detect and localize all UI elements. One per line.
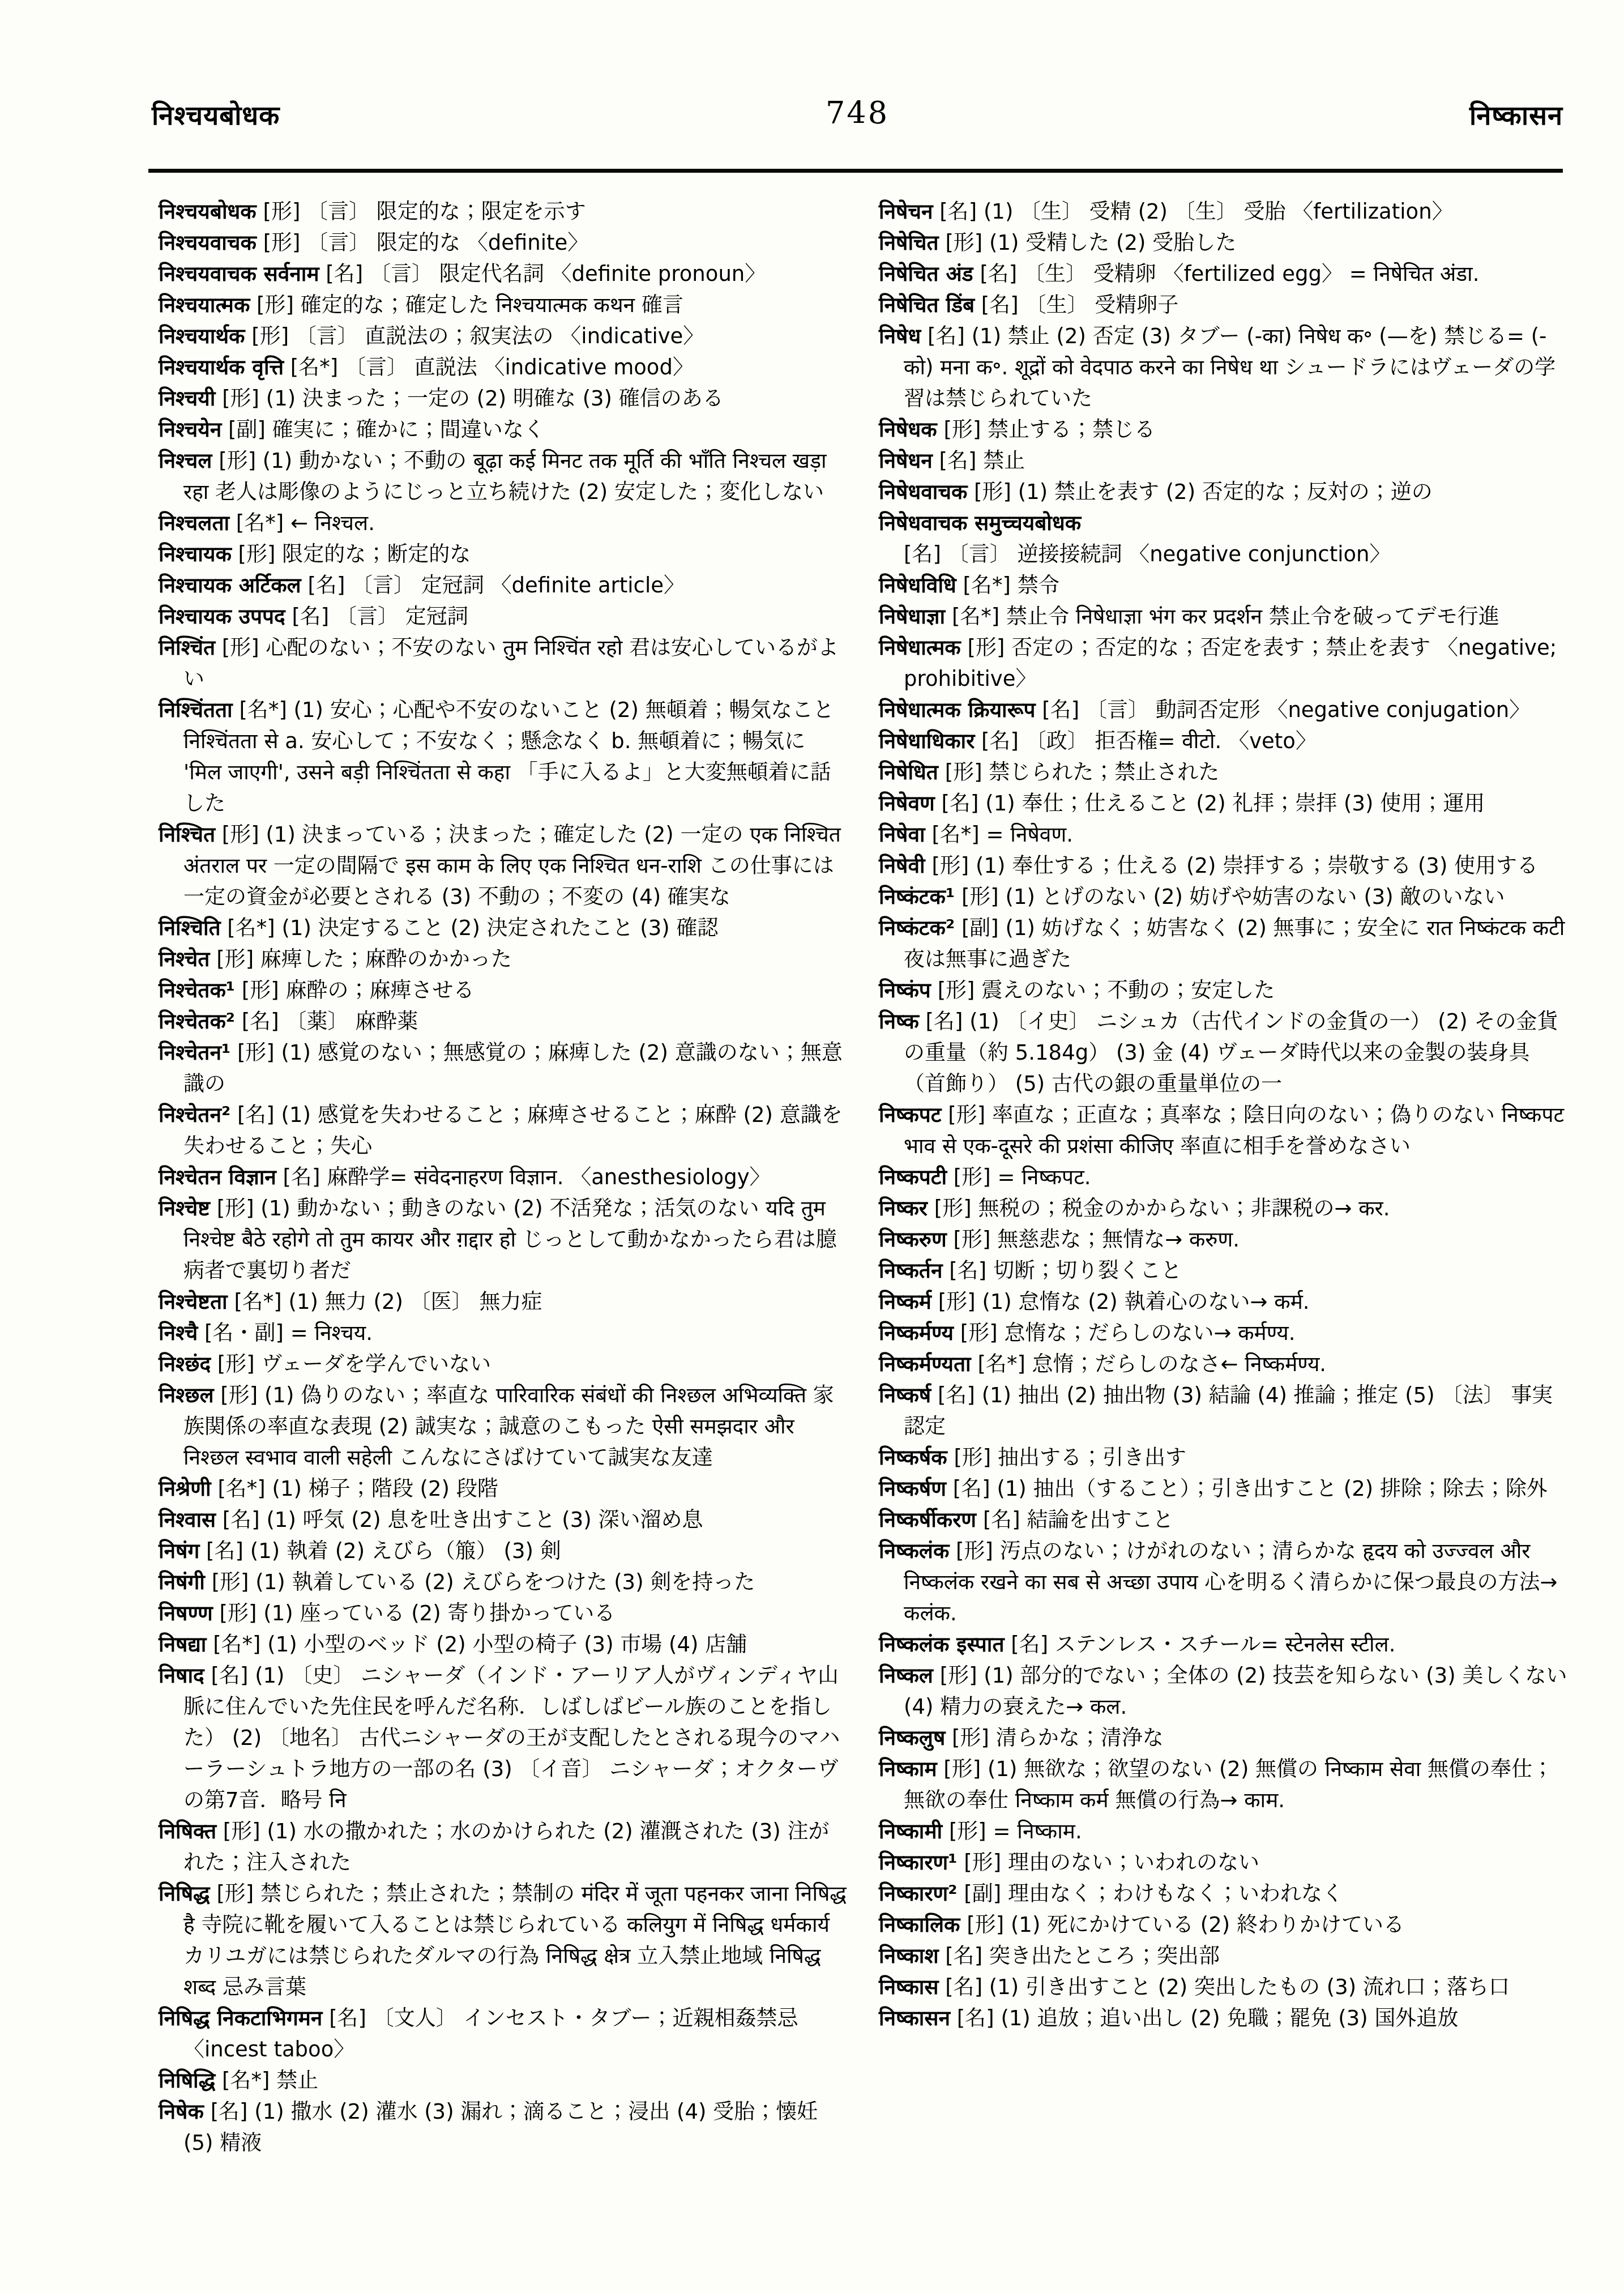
entry-definition: [形] (1) 感覚のない；無感覚の；麻痺した (2) 意識のない；無意識の (183, 1040, 843, 1096)
entry-definition: [名] (1) 〔生〕 受精 (2) 〔生〕 受胎 〈fertilization… (933, 199, 1453, 224)
dictionary-entry: निषंगी [形] (1) 執着している (2) えびらをつけた (3) 剣を… (159, 1567, 847, 1598)
entry-definition: [名] (1) 呼気 (2) 息を吐き出すこと (3) 深い溜め息 (216, 1508, 703, 1532)
headword: निष्कास (879, 1975, 938, 1999)
dictionary-entry: निश्चयेन [副] 確実に；確かに；間違いなく (159, 414, 847, 445)
entry-definition: [形] 汚点のない；けがれのない；清らかな हृदय को उज्ज्वल और… (904, 1539, 1558, 1625)
guide-word-left: निश्चयबोधक (152, 96, 280, 133)
entry-definition: [形] 禁止する；禁じる (937, 417, 1155, 442)
dictionary-entry: निश्चै [名・副] = निश्चय. (159, 1317, 847, 1348)
dictionary-entry: निश्छंद [形] ヴェーダを学んでいない (159, 1348, 847, 1380)
headword: निष्कलुष (879, 1726, 945, 1750)
headword: निश्चेष्टता (159, 1290, 228, 1314)
headword: निष्कल (879, 1663, 933, 1688)
headword: निश्चेतन² (159, 1103, 230, 1127)
entry-definition: [名*] ← निश्चल. (229, 511, 375, 535)
headword: निश्चलता (159, 511, 229, 535)
dictionary-entry: निष्कर्मण्य [形] 怠惰な；だらしのない→ कर्मण्य. (879, 1317, 1567, 1348)
dictionary-entry: निष्कलंक इस्पात [名] ステンレス・スチール= स्टेनलेस… (879, 1629, 1567, 1660)
dictionary-entry: निष्करुण [形] 無慈悲な；無情な→ करुण. (879, 1224, 1567, 1255)
entry-definition: [形] 怠惰な；だらしのない→ कर्मण्य. (954, 1321, 1296, 1345)
headword: निश्चायक अर्टिकल (159, 573, 301, 597)
headword: निष्कपटी (879, 1165, 947, 1189)
dictionary-entry: निश्चलता [名*] ← निश्चल. (159, 507, 847, 539)
headword: निष्कालिक (879, 1913, 960, 1937)
entry-definition: [名] 突き出たところ；突出部 (939, 1944, 1220, 1968)
entry-definition: [名] ステンレス・スチール= स्टेनलेस स्टील. (1005, 1632, 1396, 1657)
headword: निश्छंद (159, 1352, 211, 1376)
dictionary-entry: निश्चिंतता [名*] (1) 安心；心配や不安のないこと (2) 無頓… (159, 694, 847, 819)
headword: निष्काम (879, 1757, 937, 1781)
dictionary-entry: निश्चायक उपपद [名] 〔言〕 定冠詞 (159, 601, 847, 632)
dictionary-entry: निश्चायक अर्टिकल [名] 〔言〕 定冠詞 〈definite a… (159, 570, 847, 601)
entry-definition: [形] (1) 水の撒かれた；水のかけられた (2) 灌漑された (3) 注がれ… (183, 1819, 829, 1875)
dictionary-entry: निषेधित [形] 禁じられた；禁止された (879, 757, 1567, 788)
dictionary-entry: निषेधक [形] 禁止する；禁じる (879, 414, 1567, 445)
dictionary-entry: निष्कपटी [形] = निष्कपट. (879, 1162, 1567, 1193)
dictionary-entry: निष्कलंक [形] 汚点のない；けがれのない；清らかな हृदय को उ… (879, 1535, 1567, 1629)
headword: निषेधन (879, 449, 933, 473)
dictionary-entry: निश्चयार्थक वृत्ति [名*] 〔言〕 直説法 〈indicat… (159, 352, 847, 383)
entry-definition: [名*] 怠惰；だらしのなさ← निष्कर्मण्य. (971, 1352, 1326, 1376)
dictionary-entry: निश्रेणी [名*] (1) 梯子；階段 (2) 段階 (159, 1473, 847, 1504)
dictionary-entry: निषेधात्मक क्रियारूप [名] 〔言〕 動詞否定形 〈nega… (879, 694, 1567, 725)
left-column: निश्चयबोधक [形] 〔言〕 限定的な；限定を示すनिश्चयवाचक … (159, 196, 847, 2158)
headword: निषेवी (879, 853, 925, 878)
headword: निश्चिंतता (159, 698, 233, 722)
entry-definition: [名] (1) 抽出 (2) 抽出物 (3) 結論 (4) 推論；推定 (5) … (904, 1383, 1553, 1439)
headword: निषाद (159, 1663, 204, 1688)
headword: निषेधाधिकार (879, 729, 975, 753)
dictionary-entry: निषिद्ध निकटाभिगमन [名] 〔文人〕 インセスト・タブー；近親… (159, 2003, 847, 2065)
headword: निषेधवाचक (879, 480, 967, 504)
entry-definition: [名] 〔言〕 逆接接続詞 〈negative conjunction〉 (904, 542, 1391, 566)
dictionary-entry: निश्चयात्मक [形] 確定的な；確定した निश्चयात्मक कथ… (159, 289, 847, 321)
dictionary-entry: निष्कर्ष [名] (1) 抽出 (2) 抽出物 (3) 結論 (4) 推… (879, 1380, 1567, 1442)
dictionary-entry: निष्कासन [名] (1) 追放；追い出し (2) 免職；罷免 (3) 国… (879, 2003, 1567, 2034)
headword: निश्चायक (159, 542, 232, 566)
dictionary-entry: निष्कामी [形] = निष्काम. (879, 1816, 1567, 1847)
entry-definition: [形] (1) 部分的でない；全体の (2) 技芸を知らない (3) 美しくない… (904, 1663, 1567, 1719)
headword: निष्कर्मण्यता (879, 1352, 971, 1376)
headword: निषेधवाचक समुच्चयबोधक (879, 511, 1081, 535)
headword: निश्चयवाचक सर्वनाम (159, 262, 319, 286)
entry-definition: [形] 抽出する；引き出す (947, 1445, 1186, 1470)
headword: निषेधित (879, 760, 938, 784)
entry-definition: [名] 〔生〕 受精卵子 (975, 293, 1178, 317)
dictionary-page: निश्चयबोधक 748 निष्कासन निश्चयबोधक [形] 〔… (0, 0, 1624, 2292)
entry-definition: [形] 率直な；正直な；真率な；陰日向のない；偽りのない निष्कपट भाव… (904, 1103, 1564, 1158)
entry-definition: [形] (1) 動かない；動きのない (2) 不活発な；活気のない यदि तु… (183, 1196, 837, 1283)
entry-definition: [形] = निष्काम. (942, 1819, 1082, 1843)
dictionary-entry: निश्चेतन² [名] (1) 感覚を失わせること；麻痺させること；麻酔 (… (159, 1099, 847, 1162)
entry-definition: [形] (1) 受精した (2) 受胎した (939, 231, 1237, 255)
dictionary-entry: निषंग [名] (1) 執着 (2) えびら（箙） (3) 剣 (159, 1535, 847, 1567)
dictionary-entry: निश्चयार्थक [形] 〔言〕 直説法の；叙実法の 〈indicativ… (159, 321, 847, 352)
entry-definition: [形] = निष्कपट. (947, 1165, 1091, 1189)
page-header: निश्चयबोधक 748 निष्कासन (152, 96, 1563, 136)
headword: निश्चै (159, 1321, 198, 1345)
entry-definition: [名] (1) 〔史〕 ニシャーダ（インド・アーリア人がヴィンディヤ山脈に住んで… (183, 1663, 840, 1812)
entry-definition: [形] 〔言〕 限定的な 〈definite〉 (257, 231, 588, 255)
dictionary-entry: निष्क [名] (1) 〔イ史〕 ニシュカ（古代インドの金貨の一） (2) … (879, 1006, 1567, 1099)
entry-definition: [名] 結論を出すこと (976, 1508, 1173, 1532)
dictionary-entry: निषण्ण [形] (1) 座っている (2) 寄り掛かっている (159, 1598, 847, 1629)
entry-definition: [形] 理由のない；いわれのない (958, 1850, 1259, 1875)
entry-definition: [形] 無慈悲な；無情な→ करुण. (947, 1227, 1240, 1252)
headword: निश्चेतक² (159, 1009, 235, 1034)
entry-definition: [名・副] = निश्चय. (198, 1321, 373, 1345)
headword: निषद्या (159, 1632, 206, 1657)
headword: निषेधविधि (879, 573, 956, 597)
entry-definition: [副] (1) 妨げなく；妨害なく (2) 無事に；安全に रात निष्कं… (904, 916, 1565, 971)
dictionary-entry: निष्कर्तन [名] 切断；切り裂くこと (879, 1255, 1567, 1286)
headword: निष्कासन (879, 2006, 950, 2030)
dictionary-entry: निष्कर्म [形] (1) 怠惰な (2) 執着心のない→ कर्म. (879, 1286, 1567, 1317)
dictionary-entry: निश्चयवाचक [形] 〔言〕 限定的な 〈definite〉 (159, 227, 847, 258)
headword: निश्चयार्थक (159, 324, 245, 348)
entry-definition: [形] (1) 座っている (2) 寄り掛かっている (213, 1601, 616, 1625)
entry-definition: [形] 禁じられた；禁止された (938, 760, 1219, 784)
dictionary-entry: निषेधन [名] 禁止 (879, 445, 1567, 476)
headword: निषेधाज्ञा (879, 604, 945, 629)
dictionary-entry: निषाद [名] (1) 〔史〕 ニシャーダ（インド・アーリア人がヴィンディヤ… (159, 1660, 847, 1816)
entry-definition: [形] (1) 無欲な；欲望のない (2) 無償の निष्काम सेवा 無… (904, 1757, 1553, 1812)
headword: निषेचित अंड (879, 262, 973, 286)
dictionary-entry: निषिद्धि [名*] 禁止 (159, 2065, 847, 2096)
entry-definition: [形] 否定の；否定的な；否定を表す；禁止を表す 〈negative; proh… (904, 635, 1557, 691)
headword: निष्कर्षक (879, 1445, 947, 1470)
headword: निश्चेष्ट (159, 1196, 210, 1220)
headword: निश्चेतन विज्ञान (159, 1165, 276, 1189)
dictionary-entry: निश्वास [名] (1) 呼気 (2) 息を吐き出すこと (3) 深い溜め… (159, 1504, 847, 1535)
entry-definition: [名*] (1) 安心；心配や不安のないこと (2) 無頓着；暢気なこと निश… (183, 698, 834, 816)
headword: निष्क (879, 1009, 919, 1034)
entry-definition: [形] 限定的な；断定的な (232, 542, 471, 566)
entry-definition: [形] 〔言〕 限定的な；限定を示す (257, 199, 586, 224)
headword: निषेधक (879, 417, 937, 442)
entry-definition: [名] 〔言〕 定冠詞 〈definite article〉 (301, 573, 685, 597)
page-number: 748 (826, 95, 889, 131)
dictionary-entry: निश्चेतन¹ [形] (1) 感覚のない；無感覚の；麻痺した (2) 意識… (159, 1037, 847, 1099)
headword: निषंगी (159, 1570, 205, 1594)
dictionary-entry: निषेधाज्ञा [名*] 禁止令 निषेधाज्ञा भंग कर प्… (879, 601, 1567, 632)
headword: निष्कर्ष (879, 1383, 931, 1407)
dictionary-entry: निश्चिंत [形] 心配のない；不安のない तुम निश्चिंत रह… (159, 632, 847, 694)
headword: निश्चयेन (159, 417, 221, 442)
entry-definition: [形] (1) 決まっている；決まった；確定した (2) 一定の एक निश्… (183, 822, 841, 909)
entry-definition: [名*] 〔言〕 直説法 〈indicative mood〉 (284, 355, 694, 379)
entry-definition: [副] 理由なく；わけもなく；いわれなく (958, 1881, 1343, 1906)
entry-definition: [形] 〔言〕 直説法の；叙実法の 〈indicative〉 (245, 324, 704, 348)
entry-definition: [名] (1) 追放；追い出し (2) 免職；罷免 (3) 国外追放 (950, 2006, 1458, 2030)
dictionary-entry: निषेवण [名] (1) 奉仕；仕えること (2) 礼拝；崇拝 (3) 使用… (879, 788, 1567, 819)
dictionary-entry: निष्काश [名] 突き出たところ；突出部 (879, 1940, 1567, 1971)
headword: निश्चयबोधक (159, 199, 257, 224)
entry-definition: [副] 確実に；確かに；間違いなく (221, 417, 544, 442)
entry-definition: [名] (1) 執着 (2) えびら（箙） (3) 剣 (199, 1539, 561, 1563)
entry-definition: [形] (1) 執着している (2) えびらをつけた (3) 剣を持った (205, 1570, 755, 1594)
dictionary-entry: निषेचित डिंब [名] 〔生〕 受精卵子 (879, 289, 1567, 321)
entry-definition: [名] (1) 禁止 (2) 否定 (3) タブー (-का) निषेध क॰… (904, 324, 1555, 411)
entry-definition: [名] 切断；切り裂くこと (942, 1258, 1181, 1283)
headword: निश्चित (159, 822, 215, 847)
entry-definition: [名] 〔言〕 動詞否定形 〈negative conjugation〉 (1035, 698, 1530, 722)
entry-definition: [形] 心配のない；不安のない तुम निश्चिंत रहो 君は安心してい… (183, 635, 839, 691)
entry-definition: [形] 確定的な；確定した निश्चयात्मक कथन 確言 (250, 293, 683, 317)
dictionary-entry: निष्कास [名] (1) 引き出すこと (2) 突出したもの (3) 流れ… (879, 1971, 1567, 2003)
headword: निष्कर (879, 1196, 928, 1220)
entry-definition: [名] 〔言〕 定冠詞 (285, 604, 468, 629)
headword: निषेचित डिंब (879, 293, 975, 317)
headword: निश्चेतन¹ (159, 1040, 230, 1065)
dictionary-entry: निष्कपट [形] 率直な；正直な；真率な；陰日向のない；偽りのない निष… (879, 1099, 1567, 1162)
headword: निष्कलंक इस्पात (879, 1632, 1005, 1657)
dictionary-entry: निषेधवाचक समुच्चयबोधक [名] 〔言〕 逆接接続詞 〈neg… (879, 507, 1567, 570)
entry-definition: [名] 〔生〕 受精卵 〈fertilized egg〉 = निषेचित अ… (973, 262, 1480, 286)
dictionary-entry: निश्छल [形] (1) 偽りのない；率直な पारिवारिक संबंध… (159, 1380, 847, 1473)
entry-definition: [形] (1) 動かない；不動の बूढ़ा कई मिनट तक मूर्ति… (183, 449, 827, 504)
headword: निश्रेणी (159, 1476, 211, 1501)
entry-definition: [名] (1) 感覚を失わせること；麻痺させること；麻酔 (2) 意識を失わせる… (183, 1103, 843, 1158)
dictionary-entry: निषेधवाचक [形] (1) 禁止を表す (2) 否定的な；反対の；逆の (879, 476, 1567, 507)
headword: निषेधात्मक (879, 635, 961, 660)
dictionary-entry: निश्चेष्टता [名*] (1) 無力 (2) 〔医〕 無力症 (159, 1286, 847, 1317)
dictionary-entry: निष्कल [形] (1) 部分的でない；全体の (2) 技芸を知らない (3… (879, 1660, 1567, 1722)
headword: निश्चयवाचक (159, 231, 257, 255)
entry-definition: [形] 禁じられた；禁止された；禁制の मंदिर में जूता पहनकर… (183, 1881, 847, 1999)
headword: निश्चेतक¹ (159, 978, 235, 1002)
headword: निषेध (879, 324, 921, 348)
dictionary-entry: निश्चेतन विज्ञान [名] 麻酔学= संवेदनाहरण विज… (159, 1162, 847, 1193)
entry-definition: [名] (1) 抽出（すること）；引き出すこと (2) 排除；除去；除外 (946, 1476, 1548, 1501)
headword: निश्वास (159, 1508, 216, 1532)
headword: निष्कंटक¹ (879, 885, 955, 909)
dictionary-entry: निष्काम [形] (1) 無欲な；欲望のない (2) 無償の निष्का… (879, 1753, 1567, 1816)
headword: निश्चयी (159, 386, 215, 411)
headword: निष्कर्मण्य (879, 1321, 954, 1345)
headword: निषेचित (879, 231, 939, 255)
dictionary-entry: निश्चेत [形] 麻痺した；麻酔のかかった (159, 944, 847, 975)
entry-definition: [形] ヴェーダを学んでいない (211, 1352, 491, 1376)
headword: निषण्ण (159, 1601, 213, 1625)
entry-definition: [形] 麻痺した；麻酔のかかった (210, 947, 511, 971)
headword: निषिक्त (159, 1819, 216, 1843)
dictionary-entry: निष्कंप [形] 震えのない；不動の；安定した (879, 975, 1567, 1006)
entry-definition: [形] 麻酔の；麻痺させる (235, 978, 474, 1002)
dictionary-entry: निषेचित [形] (1) 受精した (2) 受胎した (879, 227, 1567, 258)
entry-definition: [形] (1) 死にかけている (2) 終わりかけている (960, 1913, 1405, 1937)
headword: निश्छल (159, 1383, 214, 1407)
dictionary-entry: निश्चयवाचक सर्वनाम [名] 〔言〕 限定代名詞 〈defini… (159, 258, 847, 289)
entry-definition: [名*] 禁令 (956, 573, 1059, 597)
dictionary-entry: निषेधाधिकार [名] 〔政〕 拒否権= वीटो. 〈veto〉 (879, 725, 1567, 757)
entry-definition: [名] (1) 奉仕；仕えること (2) 礼拝；崇拝 (3) 使用；運用 (935, 791, 1485, 816)
headword: निष्कर्षण (879, 1476, 946, 1501)
headword: निषिद्धि (159, 2068, 215, 2093)
dictionary-entry: निश्चल [形] (1) 動かない；不動の बूढ़ा कई मिनट तक… (159, 445, 847, 507)
dictionary-entry: निश्चिति [名*] (1) 決定すること (2) 決定されたこと (3)… (159, 912, 847, 944)
entry-definition: [名] 〔言〕 限定代名詞 〈definite pronoun〉 (319, 262, 766, 286)
headword: निषिद्ध (159, 1881, 210, 1906)
headword: निषेवण (879, 791, 935, 816)
guide-word-right: निष्कासन (1469, 96, 1563, 133)
headword: निष्कलंक (879, 1539, 949, 1563)
entry-definition: [形] 無税の；税金のかからない；非課税の→ कर. (928, 1196, 1390, 1220)
entry-definition: [名*] (1) 決定すること (2) 決定されたこと (3) 確認 (221, 916, 719, 940)
entry-definition: [形] (1) 奉仕する；仕える (2) 崇拝する；崇敬する (3) 使用する (925, 853, 1538, 878)
entry-definition: [名] (1) 撒水 (2) 灌水 (3) 漏れ；滴ること；浸出 (4) 受胎；… (183, 2099, 818, 2155)
headword: निष्काश (879, 1944, 939, 1968)
dictionary-entry: निष्कर्षक [形] 抽出する；引き出す (879, 1442, 1567, 1473)
entry-definition: [形] (1) 怠惰な (2) 執着心のない→ कर्म. (931, 1290, 1310, 1314)
headword: निषेचन (879, 199, 933, 224)
entry-definition: [名*] (1) 梯子；階段 (2) 段階 (211, 1476, 498, 1501)
dictionary-entry: निश्चित [形] (1) 決まっている；決まった；確定した (2) 一定の… (159, 819, 847, 912)
entry-definition: [名] (1) 〔イ史〕 ニシュカ（古代インドの金貨の一） (2) その金貨の重… (904, 1009, 1558, 1096)
headword: निष्कर्म (879, 1290, 931, 1314)
header-rule (148, 169, 1563, 173)
headword: निष्करुण (879, 1227, 947, 1252)
entry-definition: [形] (1) 偽りのない；率直な पारिवारिक संबंधों की न… (183, 1383, 834, 1470)
dictionary-entry: निषेचित अंड [名] 〔生〕 受精卵 〈fertilized egg〉… (879, 258, 1567, 289)
dictionary-entry: निषेधविधि [名*] 禁令 (879, 570, 1567, 601)
dictionary-entry: निषेधात्मक [形] 否定の；否定的な；否定を表す；禁止を表す 〈neg… (879, 632, 1567, 694)
headword: निष्कर्षीकरण (879, 1508, 976, 1532)
dictionary-entry: निष्कर्षण [名] (1) 抽出（すること）；引き出すこと (2) 排除… (879, 1473, 1567, 1504)
dictionary-entry: निष्कंटक¹ [形] (1) とげのない (2) 妨げや妨害のない (3)… (879, 881, 1567, 912)
dictionary-entry: निश्चेष्ट [形] (1) 動かない；動きのない (2) 不活発な；活気… (159, 1193, 847, 1286)
headword: निषेधात्मक क्रियारूप (879, 698, 1035, 722)
dictionary-entry: निषेध [名] (1) 禁止 (2) 否定 (3) タブー (-का) नि… (879, 321, 1567, 414)
entry-definition: [名] 禁止 (933, 449, 1025, 473)
entry-definition: [形] 震えのない；不動の；安定した (931, 978, 1275, 1002)
entry-definition: [名] 麻酔学= संवेदनाहरण विज्ञान. 〈anesthesio… (276, 1165, 771, 1189)
headword: निष्कंप (879, 978, 931, 1002)
headword: निष्कारण² (879, 1881, 958, 1906)
dictionary-entry: निष्कर्मण्यता [名*] 怠惰；だらしのなさ← निष्कर्मण्… (879, 1348, 1567, 1380)
headword: निश्चिंत (159, 635, 215, 660)
dictionary-entry: निषिक्त [形] (1) 水の撒かれた；水のかけられた (2) 灌漑された… (159, 1816, 847, 1878)
entry-definition: [名] 〔政〕 拒否権= वीटो. 〈veto〉 (975, 729, 1317, 753)
dictionary-entry: निषेक [名] (1) 撒水 (2) 灌水 (3) 漏れ；滴ること；浸出 (… (159, 2096, 847, 2158)
headword: निष्कंटक² (879, 916, 955, 940)
headword: निश्चेत (159, 947, 210, 971)
entry-definition: [形] (1) とげのない (2) 妨げや妨害のない (3) 敵のいない (955, 885, 1505, 909)
dictionary-entry: निषेवी [形] (1) 奉仕する；仕える (2) 崇拝する；崇敬する (3… (879, 850, 1567, 881)
headword: निषंग (159, 1539, 199, 1563)
headword: निश्चिति (159, 916, 221, 940)
entry-definition: [名*] (1) 小型のベッド (2) 小型の椅子 (3) 市場 (4) 店舗 (206, 1632, 747, 1657)
dictionary-entry: निश्चयबोधक [形] 〔言〕 限定的な；限定を示す (159, 196, 847, 227)
headword: निश्चयार्थक वृत्ति (159, 355, 284, 379)
dictionary-entry: निषिद्ध [形] 禁じられた；禁止された；禁制の मंदिर में जू… (159, 1878, 847, 2003)
dictionary-entry: निष्कलुष [形] 清らかな；清浄な (879, 1722, 1567, 1753)
dictionary-entry: निषेवा [名*] = निषेवण. (879, 819, 1567, 850)
dictionary-entry: निष्कंटक² [副] (1) 妨げなく；妨害なく (2) 無事に；安全に … (879, 912, 1567, 975)
dictionary-entry: निष्कालिक [形] (1) 死にかけている (2) 終わりかけている (879, 1909, 1567, 1940)
headword: निष्कामी (879, 1819, 942, 1843)
entry-definition: [名*] (1) 無力 (2) 〔医〕 無力症 (228, 1290, 542, 1314)
entry-definition: [名] 〔薬〕 麻酔薬 (235, 1009, 418, 1034)
dictionary-entry: निष्कारण² [副] 理由なく；わけもなく；いわれなく (879, 1878, 1567, 1909)
dictionary-entry: निश्चेतक¹ [形] 麻酔の；麻痺させる (159, 975, 847, 1006)
dictionary-entry: निश्चेतक² [名] 〔薬〕 麻酔薬 (159, 1006, 847, 1037)
dictionary-entry: निष्कारण¹ [形] 理由のない；いわれのない (879, 1847, 1567, 1878)
entry-definition: [名*] 禁止 (215, 2068, 318, 2093)
headword: निश्चायक उपपद (159, 604, 285, 629)
dictionary-entry: निश्चयी [形] (1) 決まった；一定の (2) 明確な (3) 確信の… (159, 383, 847, 414)
dictionary-body: निश्चयबोधक [形] 〔言〕 限定的な；限定を示すनिश्चयवाचक … (159, 196, 1567, 2158)
dictionary-entry: निषद्या [名*] (1) 小型のベッド (2) 小型の椅子 (3) 市場… (159, 1629, 847, 1660)
entry-definition: [形] (1) 禁止を表す (2) 否定的な；反対の；逆の (967, 480, 1433, 504)
entry-definition: [名*] 禁止令 निषेधाज्ञा भंग कर प्रदर्शन 禁止令を… (945, 604, 1499, 629)
headword: निषेक (159, 2099, 204, 2124)
dictionary-entry: निषेचन [名] (1) 〔生〕 受精 (2) 〔生〕 受胎 〈fertil… (879, 196, 1567, 227)
headword: निश्चयात्मक (159, 293, 250, 317)
headword: निषिद्ध निकटाभिगमन (159, 2006, 322, 2030)
dictionary-entry: निश्चायक [形] 限定的な；断定的な (159, 539, 847, 570)
headword: निष्कर्तन (879, 1258, 942, 1283)
entry-definition: [名] (1) 引き出すこと (2) 突出したもの (3) 流れ口；落ち口 (938, 1975, 1509, 1999)
right-column: निषेचन [名] (1) 〔生〕 受精 (2) 〔生〕 受胎 〈fertil… (879, 196, 1567, 2158)
entry-definition: [名*] = निषेवण. (925, 822, 1073, 847)
headword: निष्कपट (879, 1103, 942, 1127)
dictionary-entry: निष्कर्षीकरण [名] 結論を出すこと (879, 1504, 1567, 1535)
entry-definition: [形] 清らかな；清浄な (945, 1726, 1163, 1750)
headword: निष्कारण¹ (879, 1850, 958, 1875)
headword: निषेवा (879, 822, 925, 847)
entry-definition: [形] (1) 決まった；一定の (2) 明確な (3) 確信のある (215, 386, 723, 411)
dictionary-entry: निष्कर [形] 無税の；税金のかからない；非課税の→ कर. (879, 1193, 1567, 1224)
headword: निश्चल (159, 449, 212, 473)
